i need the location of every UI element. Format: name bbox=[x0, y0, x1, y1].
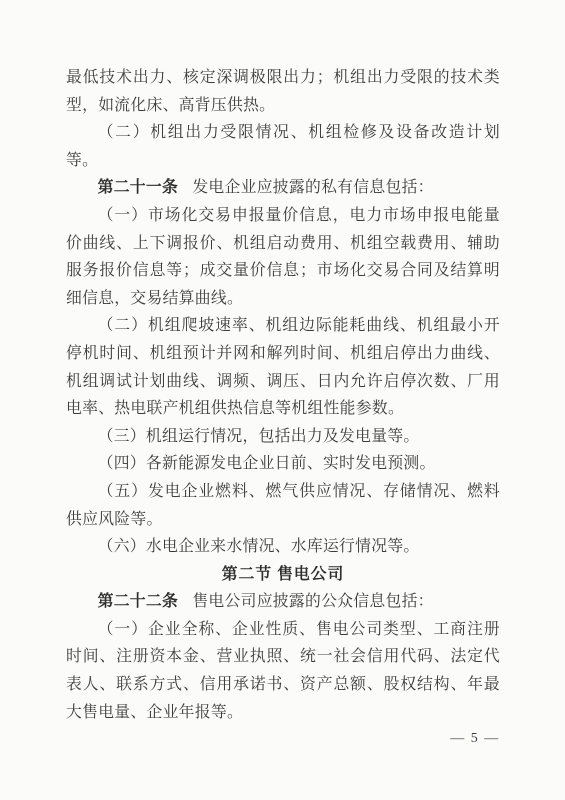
text-block: 最低技术出力、核定深调极限出力；机组出力受限的技术类型，如流化床、高背压供热。 … bbox=[66, 64, 500, 726]
article-21-item-6: （六）水电企业来水情况、水库运行情况等。 bbox=[66, 533, 500, 561]
article-21: 第二十一条发电企业应披露的私有信息包括： bbox=[66, 174, 500, 202]
document-page: 最低技术出力、核定深调极限出力；机组出力受限的技术类型，如流化床、高背压供热。 … bbox=[0, 0, 565, 800]
article-22-item-1: （一）企业全称、企业性质、售电公司类型、工商注册时间、注册资本金、营业执照、统一… bbox=[66, 616, 500, 726]
article-21-item-3: （三）机组运行情况，包括出力及发电量等。 bbox=[66, 423, 500, 451]
article-21-item-2: （二）机组爬坡速率、机组边际能耗曲线、机组最小开停机时间、机组预计并网和解列时间… bbox=[66, 312, 500, 422]
article-21-item-4: （四）各新能源发电企业日前、实时发电预测。 bbox=[66, 450, 500, 478]
article-21-label: 第二十一条 bbox=[98, 179, 179, 196]
article-21-item-5: （五）发电企业燃料、燃气供应情况、存储情况、燃料供应风险等。 bbox=[66, 478, 500, 533]
article-21-item-1: （一）市场化交易申报量价信息，电力市场申报电能量价曲线、上下调报价、机组启动费用… bbox=[66, 202, 500, 312]
page-number: — 5 — bbox=[440, 731, 510, 747]
article-22-label: 第二十二条 bbox=[98, 593, 179, 610]
article-21-intro: 发电企业应披露的私有信息包括： bbox=[192, 179, 433, 196]
section-heading: 第二节 售电公司 bbox=[66, 561, 500, 589]
article-22: 第二十二条售电公司应披露的公众信息包括： bbox=[66, 588, 500, 616]
paragraph-continuation: 最低技术出力、核定深调极限出力；机组出力受限的技术类型，如流化床、高背压供热。 bbox=[66, 64, 500, 119]
article-22-intro: 售电公司应披露的公众信息包括： bbox=[192, 593, 433, 610]
list-item-prev-2: （二）机组出力受限情况、机组检修及设备改造计划等。 bbox=[66, 119, 500, 174]
